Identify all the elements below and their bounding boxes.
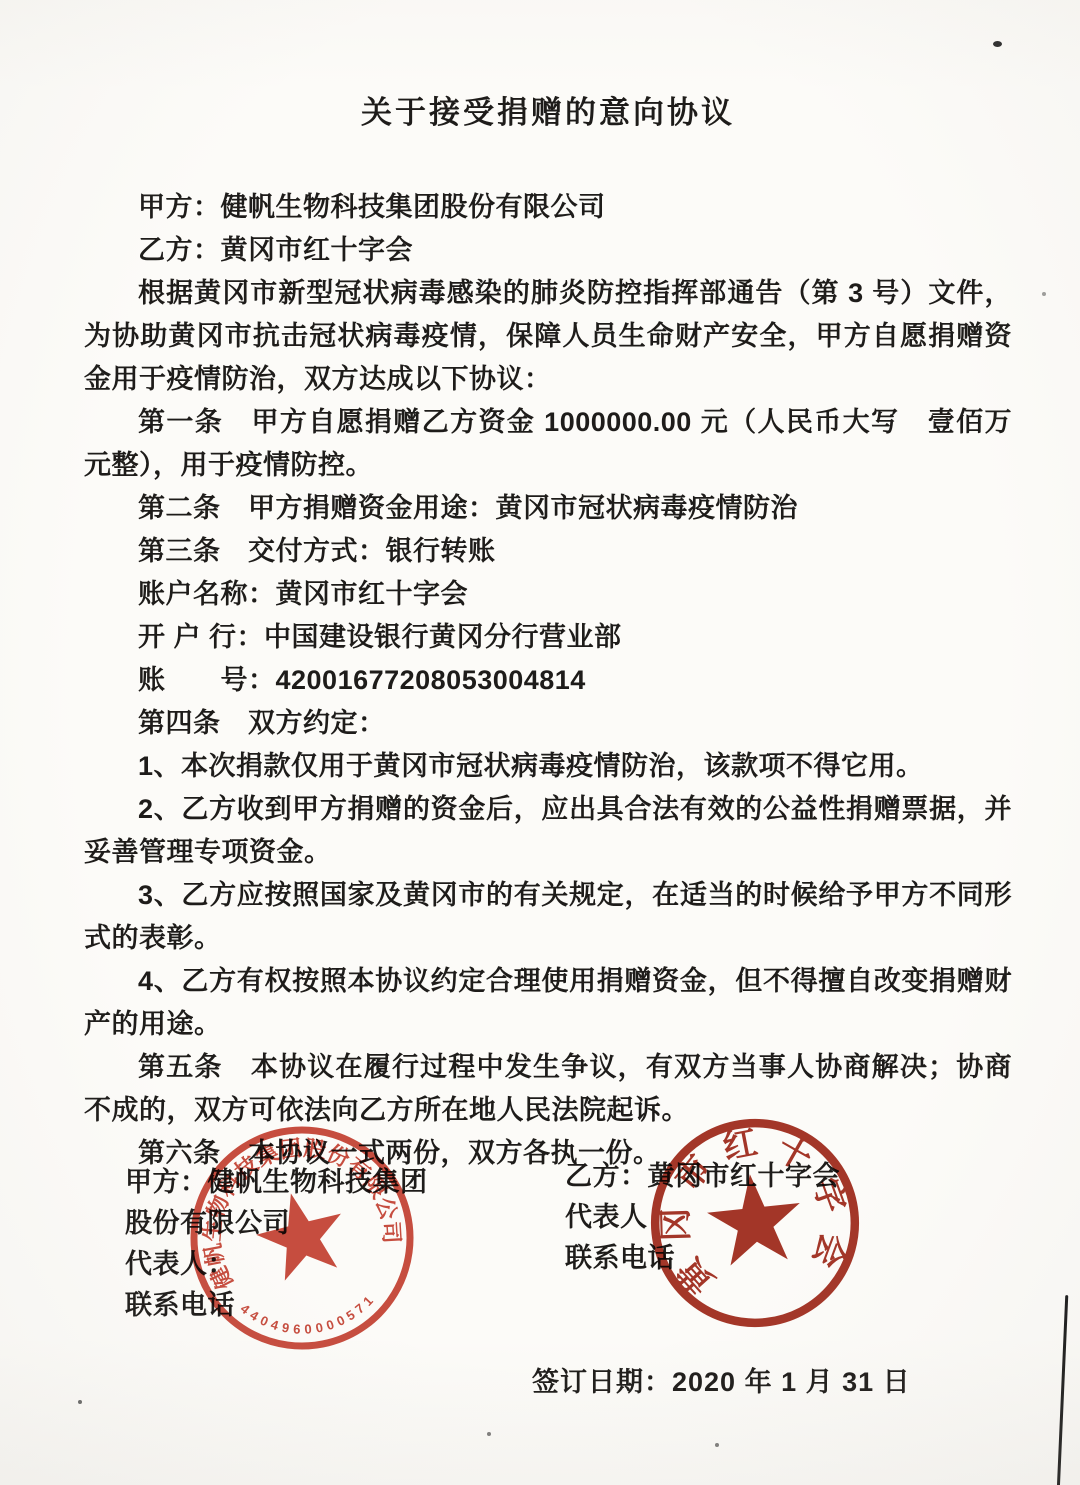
clause-4-item-3: 3、乙方应按照国家及黄冈市的有关规定，在适当的时候给予甲方不同形式的表彰。 [84,874,1012,960]
clause-2: 第二条 甲方捐赠资金用途：黄冈市冠状病毒疫情防治 [84,487,1012,530]
scan-speck [487,1432,491,1436]
party-a-heading: 甲方：健帆生物科技集团股份有限公司 [84,186,1012,229]
party-a-company-cont: 股份有限公司 [125,1203,428,1244]
party-a-sign-line: 甲方：健帆生物科技集团 [125,1162,428,1203]
bank-branch-line: 开 户 行：中国建设银行黄冈分行营业部 [84,616,1012,659]
clause-4: 第四条 双方约定： [84,702,1012,745]
clause-4-item-4: 4、乙方有权按照本协议约定合理使用捐赠资金，但不得擅自改变捐赠财产的用途。 [84,960,1012,1046]
party-a-signature-block: 甲方：健帆生物科技集团 股份有限公司 代表人： 联系电话 [125,1162,428,1326]
party-b-heading: 乙方：黄冈市红十字会 [84,229,1012,272]
document-title: 关于接受捐赠的意向协议 [84,90,1012,136]
agreement-body: 关于接受捐赠的意向协议 甲方：健帆生物科技集团股份有限公司 乙方：黄冈市红十字会… [84,90,1012,1175]
scan-speck [993,41,1002,47]
signing-date-line: 签订日期：2020 年 1 月 31 日 [532,1360,911,1399]
scan-artifact-line [1057,1295,1069,1485]
clause-4-item-2: 2、乙方收到甲方捐赠的资金后，应出具合法有效的公益性捐赠票据，并妥善管理专项资金… [84,788,1012,874]
scan-speck [1042,292,1046,296]
clause-5: 第五条 本协议在履行过程中发生争议，有双方当事人协商解决；协商不成的，双方可依法… [84,1046,1012,1132]
clause-4-item-1: 1、本次捐款仅用于黄冈市冠状病毒疫情防治，该款项不得它用。 [84,745,1012,788]
scanned-agreement-page: 关于接受捐赠的意向协议 甲方：健帆生物科技集团股份有限公司 乙方：黄冈市红十字会… [0,0,1080,1485]
party-a-representative-line: 代表人： [125,1244,428,1285]
preamble: 根据黄冈市新型冠状病毒感染的肺炎防控指挥部通告（第 3 号）文件，为协助黄冈市抗… [84,272,1012,401]
party-b-sign-line: 乙方：黄冈市红十字会 [565,1156,840,1197]
scan-speck [78,1400,82,1404]
party-b-phone-line: 联系电话 [565,1238,840,1279]
party-a-phone-line: 联系电话 [125,1285,428,1326]
scan-speck [715,1443,719,1447]
clause-3: 第三条 交付方式：银行转账 [84,530,1012,573]
account-name-line: 账户名称：黄冈市红十字会 [84,573,1012,616]
party-b-representative-line: 代表人 [565,1197,840,1238]
party-b-signature-block: 乙方：黄冈市红十字会 代表人 联系电话 [565,1156,840,1279]
clause-1: 第一条 甲方自愿捐赠乙方资金 1000000.00 元（人民币大写 壹佰万元整）… [84,401,1012,487]
account-number-line: 账 号：42001677208053004814 [84,659,1012,702]
